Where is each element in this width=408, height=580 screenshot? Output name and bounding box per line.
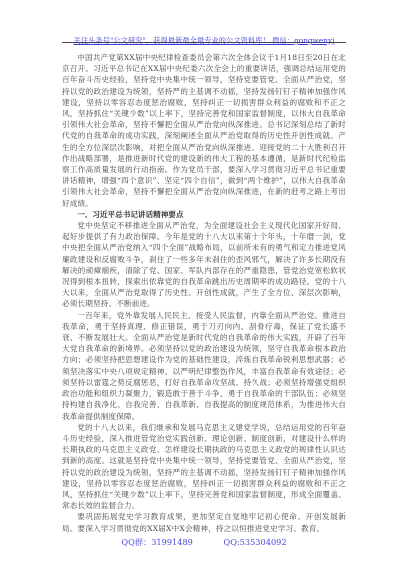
section-paragraph: 一百年来，党外靠发展人民民主、接受人民监督，内靠全面从严治党、推进自我革命，勇于…: [62, 310, 346, 422]
section-paragraph: 党中央坚定不移推进全面从严治党，为全面建设社会主义现代化国家开好局、起好步提供了…: [62, 220, 346, 310]
document-body: 中国共产党第XX届中央纪律检查委员会第六次全体会议于1月18日至20日在北京召开…: [62, 52, 346, 534]
promo-link[interactable]: 关注头条号"公文研究"，获得最新最全最专业的公文资料库！ 微信：gongweny…: [74, 36, 335, 45]
contact-footer: QQ群：31991489 QQ:535304092: [0, 537, 408, 548]
qq-group: QQ群：31991489: [121, 537, 192, 548]
qq-number: QQ:535304092: [224, 537, 287, 547]
document-page: 关注头条号"公文研究"，获得最新最全最专业的公文资料库！ 微信：gongweny…: [0, 0, 408, 580]
section-heading: 一、习近平总书记讲话精神要点: [62, 209, 346, 220]
promo-header: 关注头条号"公文研究"，获得最新最全最专业的公文资料库！ 微信：gongweny…: [62, 28, 346, 43]
section-paragraph: 党的十八大以来，我们继承和发展马克思主义建党学说，总结运用党的百年奋斗历史经验，…: [62, 422, 346, 512]
section-paragraph: 要巩固拓展党史学习教育成果，更加坚定自觉地牢记初心使命、开创发展新局。要深入学习…: [62, 511, 346, 533]
intro-paragraph: 中国共产党第XX届中央纪律检查委员会第六次全体会议于1月18日至20日在北京召开…: [62, 52, 346, 209]
